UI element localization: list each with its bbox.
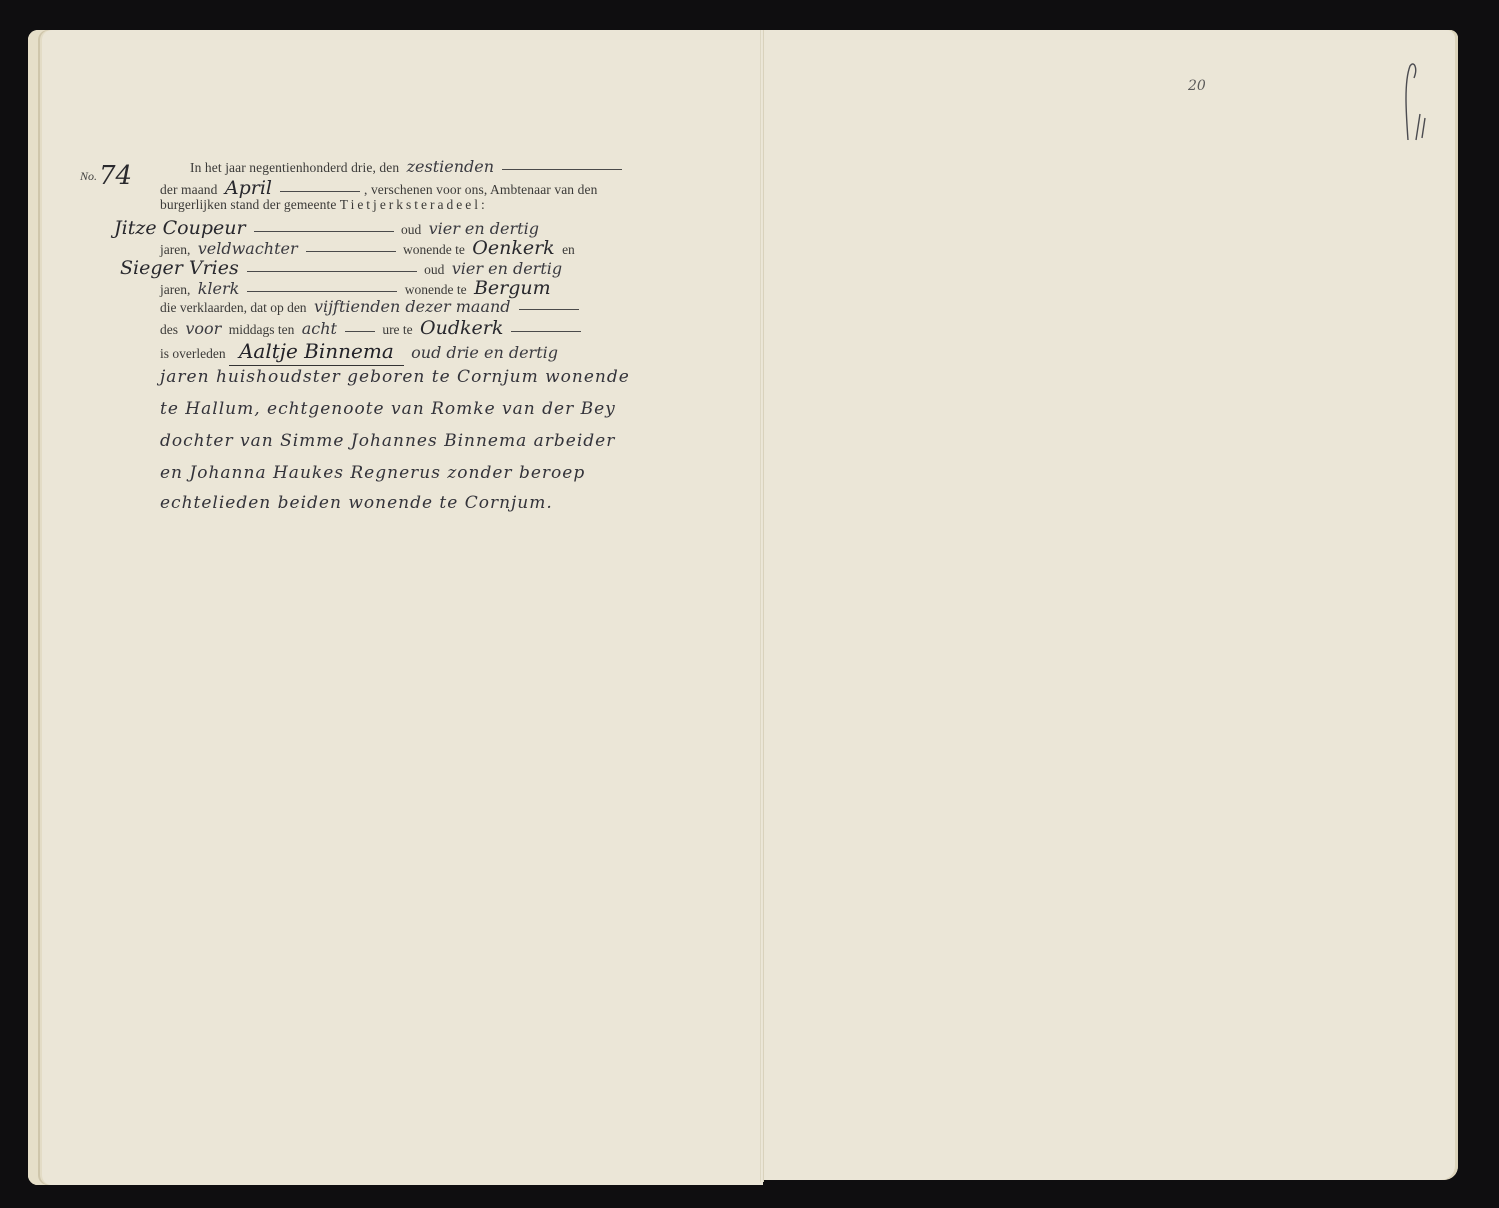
informant1-residence: Oenkerk	[468, 237, 558, 259]
right-page	[763, 30, 1458, 1180]
informant2-occupation: klerk	[194, 279, 244, 298]
death-hour: acht	[298, 319, 341, 338]
page-number: 20	[1188, 78, 1206, 94]
informant1-name: Jitze Coupeur	[110, 217, 250, 239]
deceased-detail: dochter van Simme Johannes Binnema arbei…	[160, 431, 730, 461]
book-spine	[760, 30, 764, 1182]
informant2-name: Sieger Vries	[116, 257, 243, 279]
death-date: vijftienden dezer maand	[310, 297, 515, 316]
registration-day: zestienden	[403, 157, 498, 176]
informant2-residence: Bergum	[470, 277, 555, 299]
deceased-detail: te Hallum, echtgenoote van Romke van der…	[160, 399, 730, 429]
death-place: Oudkerk	[416, 317, 507, 339]
record-number: No.74	[80, 157, 132, 187]
deceased-detail: jaren huishoudster geboren te Cornjum wo…	[160, 367, 730, 397]
deceased-name: Aaltje Binnema	[229, 339, 404, 366]
informant1-occupation: veldwachter	[194, 239, 302, 258]
informant2-age: vier en dertig	[448, 259, 566, 278]
registration-month: April	[221, 177, 276, 199]
deceased-detail: oud drie en dertig	[407, 343, 562, 362]
death-ampm: voor	[181, 319, 225, 338]
informant1-age: vier en dertig	[425, 219, 543, 238]
folio-mark-icon	[1396, 62, 1426, 142]
